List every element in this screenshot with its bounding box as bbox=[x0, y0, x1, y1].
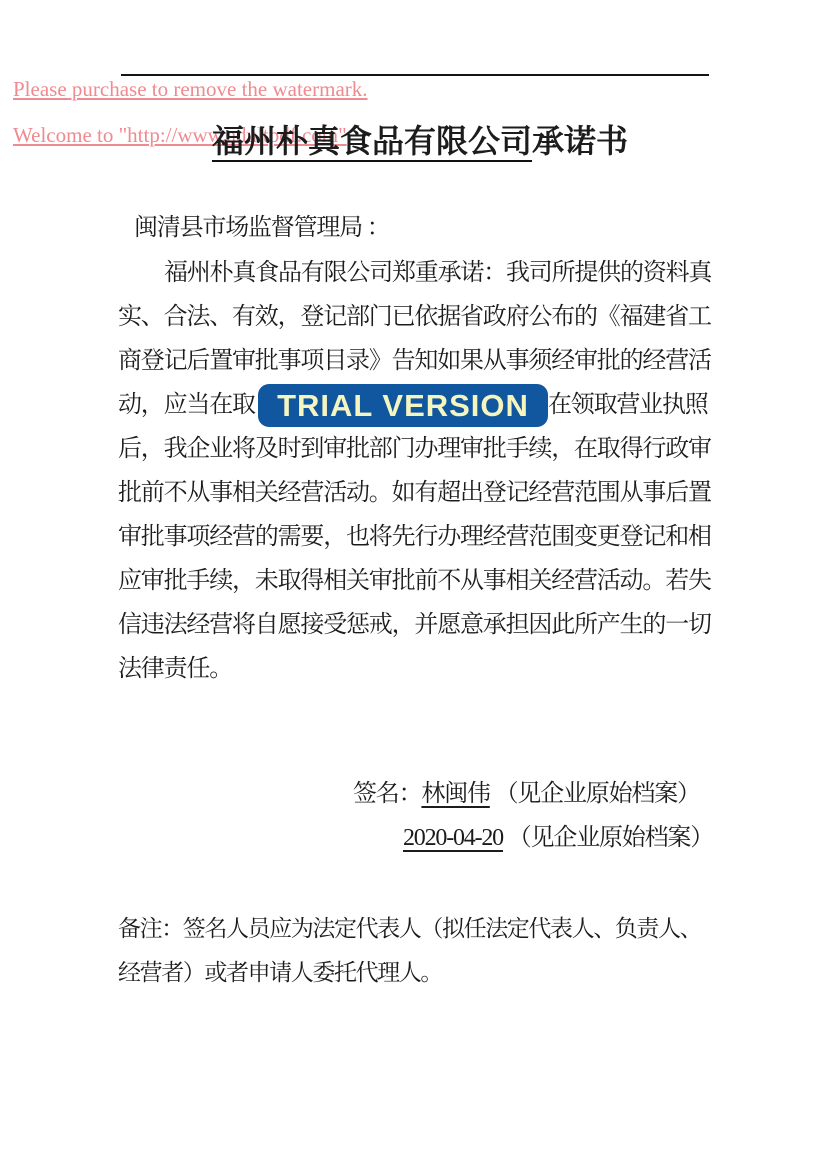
letter-line-4-after: 在领取营业执照 bbox=[548, 390, 708, 420]
salutation: 闽清县市场监督管理局 ： bbox=[134, 213, 390, 243]
title-suffix: 承诺书 bbox=[532, 123, 628, 159]
document-title: 福州朴真食品有限公司承诺书 bbox=[212, 116, 628, 162]
watermark-purchase-link[interactable]: Please purchase to remove the watermark. bbox=[13, 77, 368, 102]
letter-line: 审批事项经营的需要，也将先行办理经营范围变更登记和相 bbox=[118, 522, 712, 552]
letter-line-4-before: 动，应当在取 bbox=[118, 392, 255, 418]
header-rule bbox=[121, 74, 709, 76]
signature-label: 签名： bbox=[353, 781, 421, 807]
remark-line: 经营者）或者申请人委托代理人。 bbox=[118, 954, 442, 987]
signature-line: 签名：林闽伟 （见企业原始档案） bbox=[353, 779, 700, 809]
signature-date-note: （见企业原始档案） bbox=[503, 825, 713, 851]
letter-line: 商登记后置审批事项目录》告知如果从事须经审批的经营活 bbox=[118, 346, 712, 376]
trial-version-badge: TRIAL VERSION bbox=[258, 384, 548, 427]
letter-line: 法律责任。 bbox=[118, 654, 712, 684]
signature-name-note: （见企业原始档案） bbox=[490, 781, 700, 807]
signature-date-line: 2020-04-20 （见企业原始档案） bbox=[403, 823, 713, 853]
letter-line: 应审批手续，未取得相关审批前不从事相关经营活动。若失 bbox=[118, 566, 712, 596]
letter-line: 福州朴真食品有限公司郑重承诺：我司所提供的资料真 bbox=[118, 258, 712, 288]
document-page: Please purchase to remove the watermark.… bbox=[0, 0, 827, 1169]
letter-line: 实、合法、有效，登记部门已依据省政府公布的《福建省工 bbox=[118, 302, 712, 332]
letter-line: 后，我企业将及时到审批部门办理审批手续，在取得行政审 bbox=[118, 434, 712, 464]
signature-name: 林闽伟 bbox=[421, 781, 489, 807]
remark-line: 备注：签名人员应为法定代表人（拟任法定代表人、负责人、 bbox=[118, 910, 701, 943]
letter-line: 批前不从事相关经营活动。如有超出登记经营范围从事后置 bbox=[118, 478, 712, 508]
signature-date: 2020-04-20 bbox=[403, 825, 503, 851]
title-company-name: 福州朴真食品有限公司 bbox=[212, 123, 532, 162]
letter-line: 信违法经营将自愿接受惩戒，并愿意承担因此所产生的一切 bbox=[118, 610, 712, 640]
